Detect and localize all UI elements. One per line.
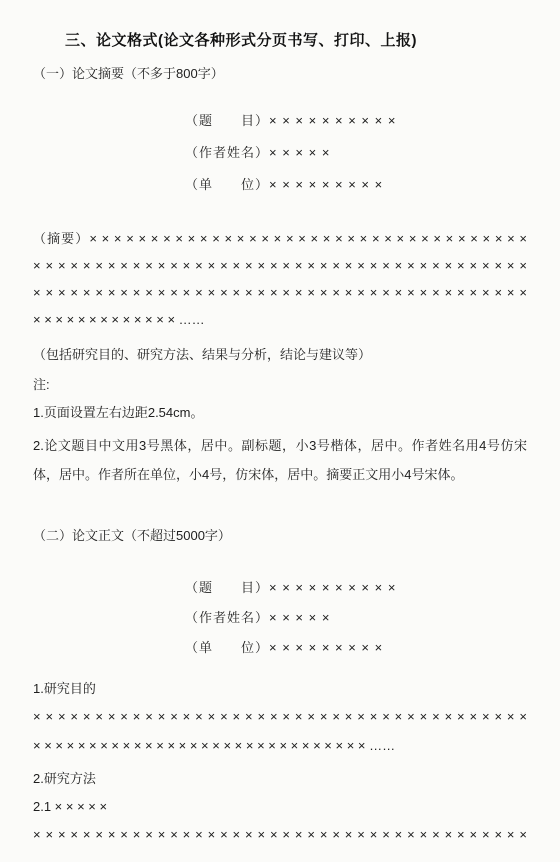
- section-abstract-title: （一）论文摘要（不多于800字）: [33, 65, 527, 83]
- method-line: × × × × × × × × × × × × × × × × × × × × …: [33, 825, 527, 845]
- abstract-title-block: （题 目）× × × × × × × × × × （作者姓名）× × × × ×…: [185, 105, 527, 201]
- author-name-placeholder: （作者姓名）× × × × ×: [185, 137, 527, 169]
- author-name-placeholder: （作者姓名）× × × × ×: [185, 603, 527, 633]
- abstract-scope-note: （包括研究目的、研究方法、结果与分析，结论与建议等）: [33, 345, 527, 365]
- document-page: 三、论文格式(论文各种形式分页书写、打印、上报) （一）论文摘要（不多于800字…: [0, 0, 560, 862]
- paper-title-placeholder: （题 目）× × × × × × × × × ×: [185, 105, 527, 137]
- abstract-line: （摘要）× × × × × × × × × × × × × × × × × × …: [33, 225, 527, 252]
- section-body-title: （二）论文正文（不超过5000字）: [33, 527, 527, 545]
- note-item: 2.论文题目中文用3号黑体，居中。副标题，小3号楷体，居中。作者姓名用4号仿宋体…: [33, 431, 527, 489]
- body-heading-method: 2.研究方法: [33, 769, 527, 789]
- body-heading-purpose: 1.研究目的: [33, 679, 527, 699]
- unit-placeholder: （单 位）× × × × × × × × ×: [185, 169, 527, 201]
- unit-placeholder: （单 位）× × × × × × × × ×: [185, 633, 527, 663]
- note-item: 1.页面设置左右边距2.54cm。: [33, 403, 527, 423]
- abstract-line: × × × × × × × × × × × × × ……: [33, 306, 527, 333]
- page-heading: 三、论文格式(论文各种形式分页书写、打印、上报): [33, 30, 527, 52]
- paper-title-placeholder: （题 目）× × × × × × × × × ×: [185, 573, 527, 603]
- purpose-line: × × × × × × × × × × × × × × × × × × × × …: [33, 707, 527, 727]
- purpose-line: × × × × × × × × × × × × × × × × × × × × …: [33, 736, 527, 756]
- abstract-line: × × × × × × × × × × × × × × × × × × × × …: [33, 252, 527, 279]
- notes-label: 注:: [33, 375, 527, 395]
- abstract-body: （摘要）× × × × × × × × × × × × × × × × × × …: [33, 225, 527, 333]
- abstract-line: × × × × × × × × × × × × × × × × × × × × …: [33, 279, 527, 306]
- method-subheading: 2.1 × × × × ×: [33, 797, 527, 817]
- body-title-block: （题 目）× × × × × × × × × × （作者姓名）× × × × ×…: [185, 573, 527, 663]
